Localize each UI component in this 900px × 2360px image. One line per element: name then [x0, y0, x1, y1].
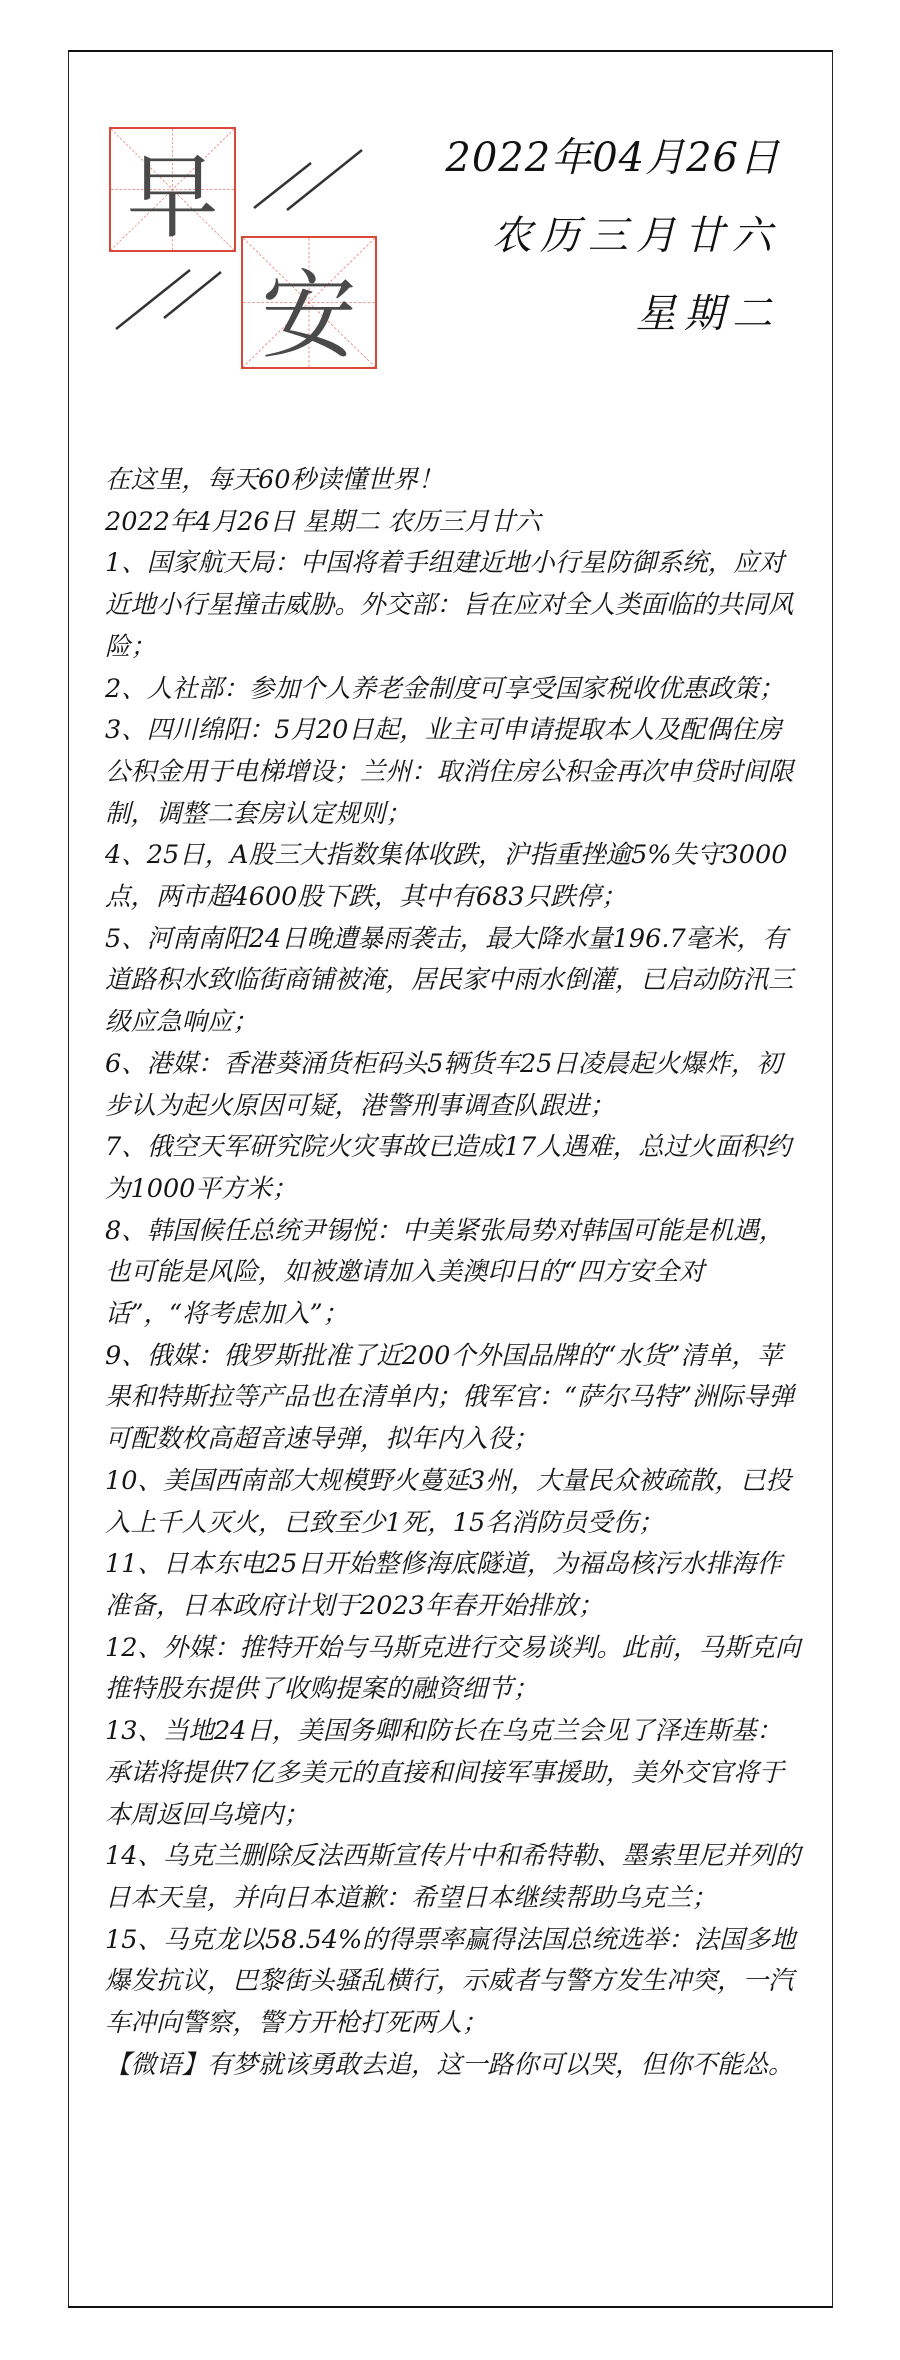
- news-item-5: 5、河南南阳24日晚遭暴雨袭击，最大降水量196.7毫米，有道路积水致临街商铺被…: [105, 919, 805, 1044]
- news-item-2: 2、人社部：参加个人养老金制度可享受国家税收优惠政策；: [105, 669, 805, 711]
- news-item-7: 7、俄空天军研究院火灾事故已造成17人遇难，总过火面积约为1000平方米；: [105, 1127, 805, 1210]
- news-item-1: 1、国家航天局：中国将着手组建近地小行星防御系统，应对近地小行星撞击威胁。外交部…: [105, 543, 805, 668]
- intro-line: 在这里，每天60秒读懂世界！: [105, 460, 805, 502]
- news-item-9: 9、俄媒：俄罗斯批准了近200个外国品牌的“水货”清单，苹果和特斯拉等产品也在清…: [105, 1336, 805, 1461]
- news-item-4: 4、25日，A股三大指数集体收跌，沪指重挫逾5%失守3000点，两市超4600股…: [105, 835, 805, 918]
- news-item-6: 6、港媒：香港葵涌货柜码头5辆货车25日凌晨起火爆炸，初步认为起火原因可疑，港警…: [105, 1044, 805, 1127]
- news-item-10: 10、美国西南部大规模野火蔓延3州，大量民众被疏散，已投入上千人灭火，已致至少1…: [105, 1461, 805, 1544]
- news-item-8: 8、韩国候任总统尹锡悦：中美紧张局势对韩国可能是机遇，也可能是风险，如被邀请加入…: [105, 1211, 805, 1336]
- news-item-13: 13、当地24日，美国务卿和防长在乌克兰会见了泽连斯基：承诺将提供7亿多美元的直…: [105, 1711, 805, 1836]
- date-lunar: 农历三月廿六: [445, 216, 780, 256]
- news-item-3: 3、四川绵阳：5月20日起，业主可申请提取本人及配偶住房公积金用于电梯增设；兰州…: [105, 710, 805, 835]
- news-content: 在这里，每天60秒读懂世界！ 2022年4月26日 星期二 农历三月廿六 1、国…: [105, 460, 805, 2086]
- news-item-14: 14、乌克兰删除反法西斯宣传片中和希特勒、墨索里尼并列的日本天皇，并向日本道歉：…: [105, 1836, 805, 1919]
- news-item-11: 11、日本东电25日开始整修海底隧道，为福岛核污水排海作准备，日本政府计划于20…: [105, 1544, 805, 1627]
- daily-quote: 【微语】有梦就该勇敢去追，这一路你可以哭，但你不能怂。: [105, 2045, 805, 2087]
- date-gregorian: 2022年04月26日: [445, 138, 780, 178]
- date-weekday: 星期二: [445, 294, 780, 334]
- news-item-12: 12、外媒：推特开始与马斯克进行交易谈判。此前，马斯克向推特股东提供了收购提案的…: [105, 1628, 805, 1711]
- news-item-15: 15、马克龙以58.54%的得票率赢得法国总统选举：法国多地爆发抗议，巴黎街头骚…: [105, 1920, 805, 2045]
- dateline: 2022年4月26日 星期二 农历三月廿六: [105, 502, 805, 544]
- date-block: 2022年04月26日 农历三月廿六 星期二: [445, 138, 780, 334]
